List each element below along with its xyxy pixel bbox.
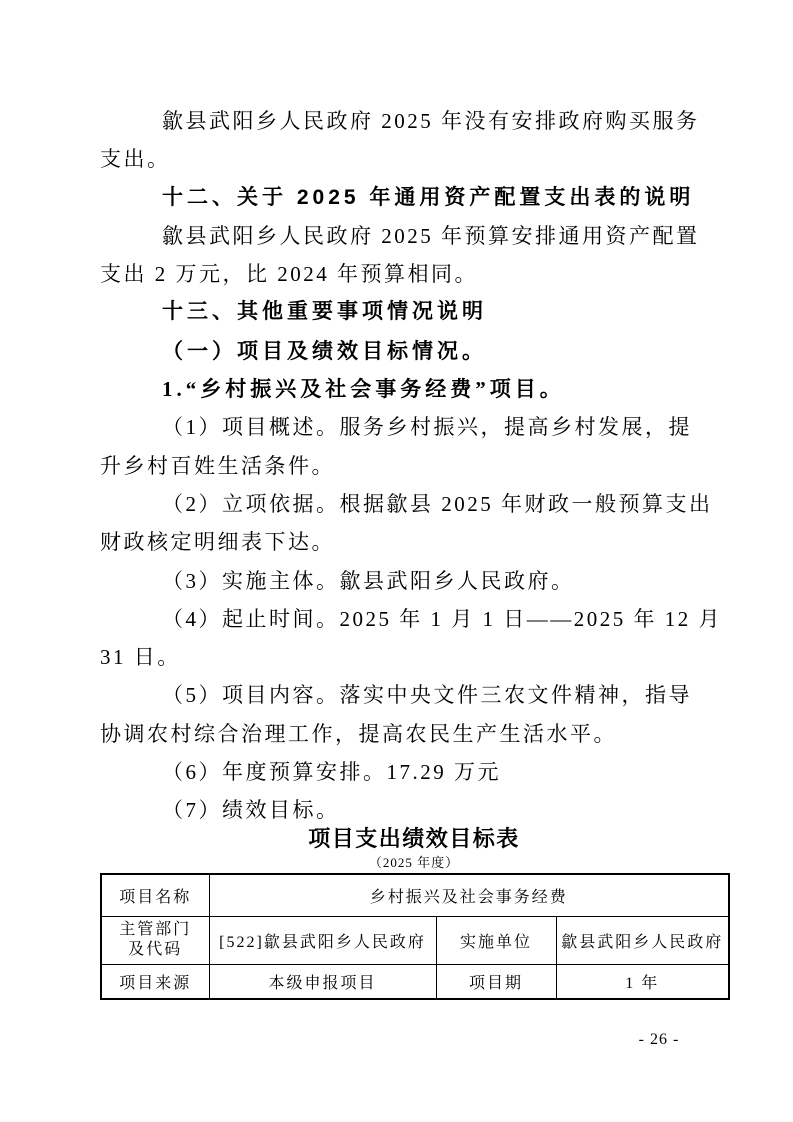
page-number: - 26 - — [619, 1031, 699, 1049]
paragraph-line: 歙县武阳乡人民政府 2025 年没有安排政府购买服务 — [100, 102, 700, 140]
table-row: 项目来源 本级申报项目 项目期 1 年 — [101, 964, 729, 999]
subsection-heading: （一）项目及绩效目标情况。 — [100, 332, 700, 370]
paragraph-line: 升乡村百姓生活条件。 — [100, 447, 700, 485]
performance-table-title: 项目支出绩效目标表 — [100, 824, 728, 854]
section-heading-12: 十二、关于 2025 年通用资产配置支出表的说明 — [100, 179, 700, 217]
paragraph-line: 财政核定明细表下达。 — [100, 523, 700, 561]
paragraph-line: 协调农村综合治理工作，提高农民生产生活水平。 — [100, 715, 700, 753]
project-item-heading: 1.“乡村振兴及社会事务经费”项目。 — [100, 370, 700, 408]
paragraph-line: （2）立项依据。根据歙县 2025 年财政一般预算支出 — [100, 485, 700, 523]
project-source-label: 项目来源 — [101, 964, 209, 999]
paragraph-line: 31 日。 — [100, 638, 700, 676]
body-text: 歙县武阳乡人民政府 2025 年没有安排政府购买服务 支出。 十二、关于 202… — [100, 102, 700, 830]
paragraph-line: （6）年度预算安排。17.29 万元 — [100, 753, 700, 791]
project-period-value: 1 年 — [556, 964, 729, 999]
project-period-label: 项目期 — [436, 964, 556, 999]
paragraph-line: （1）项目概述。服务乡村振兴，提高乡村发展，提 — [100, 408, 700, 446]
project-name-value: 乡村振兴及社会事务经费 — [209, 874, 729, 916]
table-row: 主管部门 及代码 [522]歙县武阳乡人民政府 实施单位 歙县武阳乡人民政府 — [101, 916, 729, 964]
section-heading-13: 十三、其他重要事项情况说明 — [100, 293, 700, 331]
paragraph-line: 支出 2 万元，比 2024 年预算相同。 — [100, 255, 700, 293]
implement-unit-label: 实施单位 — [436, 916, 556, 964]
project-source-value: 本级申报项目 — [209, 964, 436, 999]
paragraph-line: （3）实施主体。歙县武阳乡人民政府。 — [100, 562, 700, 600]
department-label-line1: 主管部门 — [102, 920, 209, 940]
implement-unit-value: 歙县武阳乡人民政府 — [556, 916, 729, 964]
department-value: [522]歙县武阳乡人民政府 — [209, 916, 436, 964]
project-name-label: 项目名称 — [101, 874, 209, 916]
department-label: 主管部门 及代码 — [101, 916, 209, 964]
department-label-line2: 及代码 — [102, 940, 209, 960]
document-page: 歙县武阳乡人民政府 2025 年没有安排政府购买服务 支出。 十二、关于 202… — [0, 0, 793, 1122]
performance-table-subtitle: （2025 年度） — [100, 854, 728, 872]
performance-table: 项目名称 乡村振兴及社会事务经费 主管部门 及代码 [522]歙县武阳乡人民政府… — [100, 873, 730, 1000]
paragraph-line: 歙县武阳乡人民政府 2025 年预算安排通用资产配置 — [100, 217, 700, 255]
paragraph-line: 支出。 — [100, 140, 700, 178]
paragraph-line: （4）起止时间。2025 年 1 月 1 日——2025 年 12 月 — [100, 600, 700, 638]
paragraph-line: （5）项目内容。落实中央文件三农文件精神，指导 — [100, 676, 700, 714]
table-row: 项目名称 乡村振兴及社会事务经费 — [101, 874, 729, 916]
